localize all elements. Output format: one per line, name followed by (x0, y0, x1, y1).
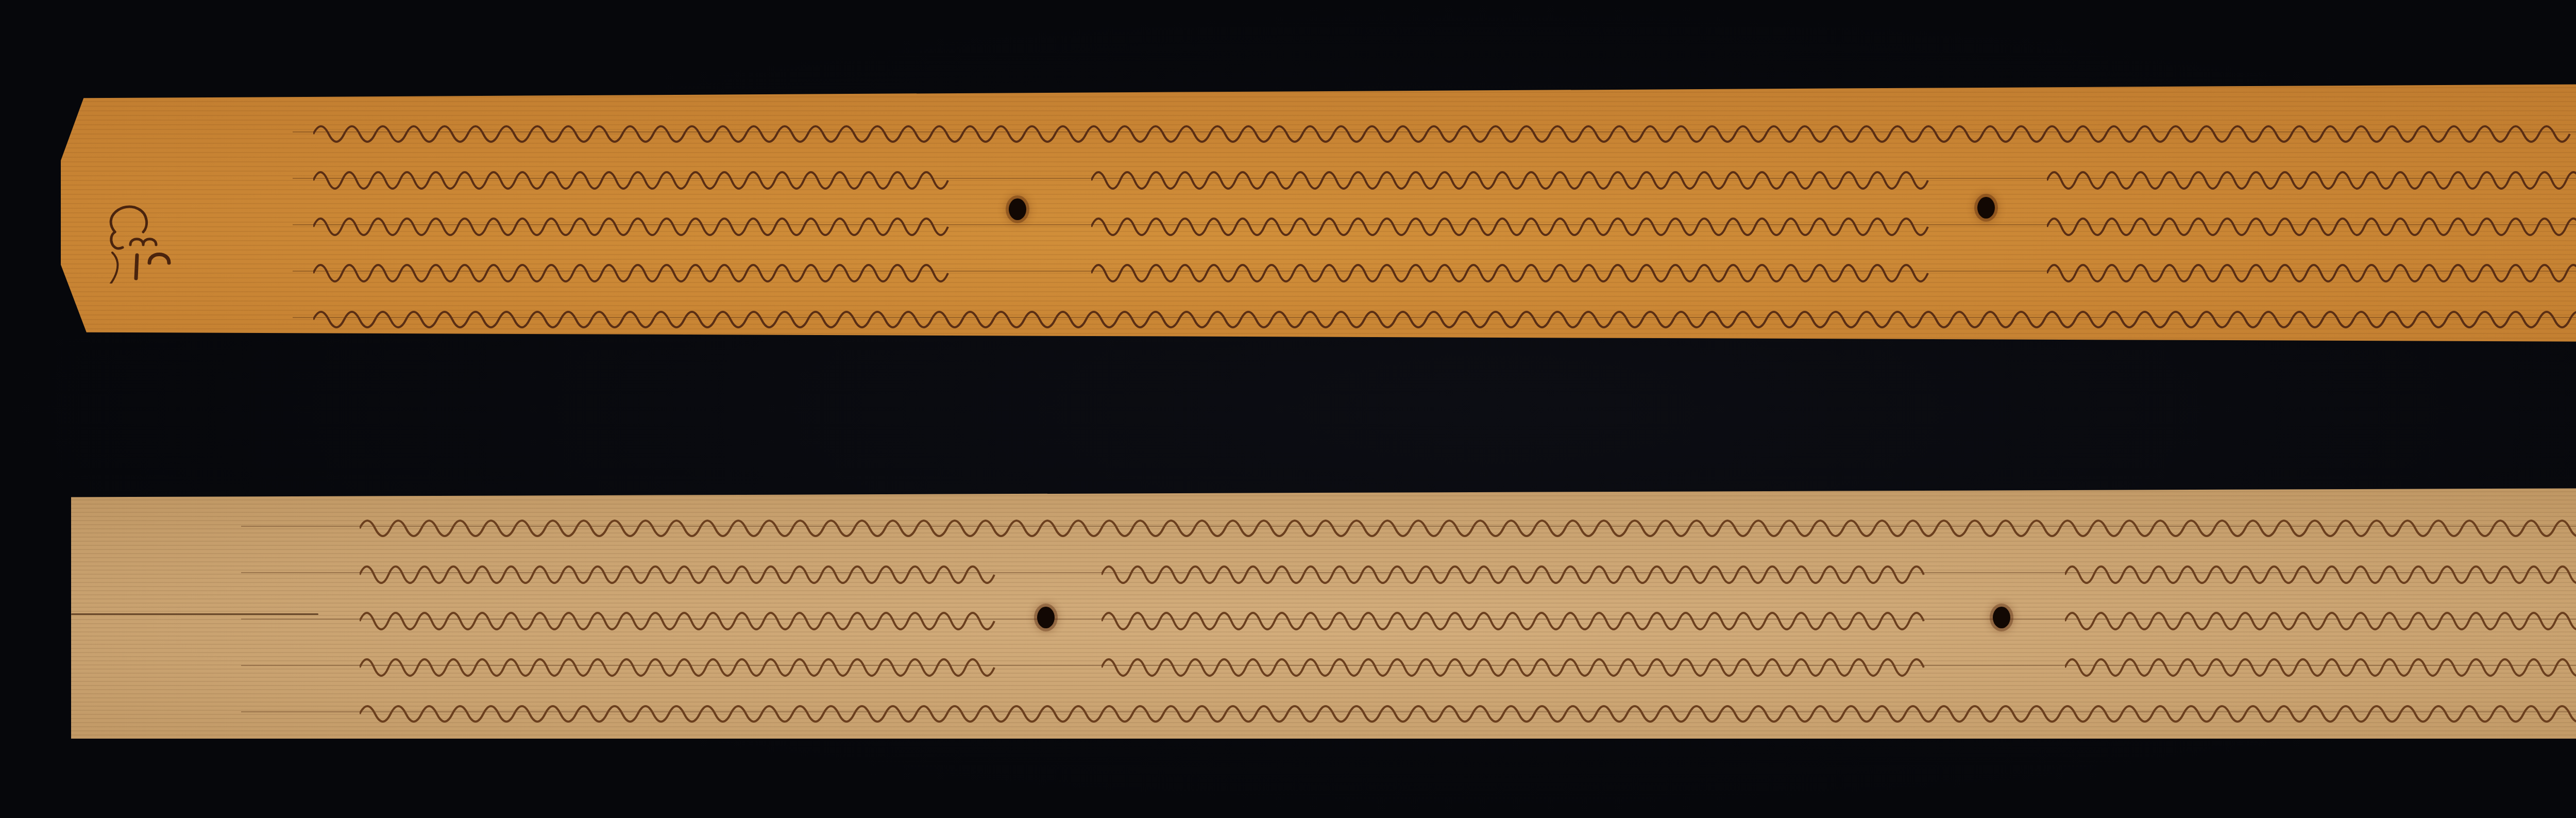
script-line (360, 637, 998, 688)
script-line (313, 103, 2576, 155)
script-line (313, 289, 2576, 340)
script-line (1101, 590, 1926, 642)
string-hole (1977, 197, 1995, 219)
string-hole (1993, 607, 2010, 628)
leaf-number-glyph (92, 196, 174, 283)
script-line (1101, 544, 1926, 595)
script-line (1091, 196, 1941, 247)
script-line (360, 590, 998, 642)
script-line (313, 242, 957, 294)
script-line (1091, 149, 1941, 201)
string-hole (1009, 198, 1026, 220)
script-line (1101, 637, 1926, 688)
leaf-crack (71, 613, 318, 615)
script-line (2065, 544, 2576, 595)
script-line (2047, 196, 2576, 247)
script-line (1091, 242, 1941, 294)
script-line (313, 196, 957, 247)
string-hole (1037, 607, 1055, 628)
script-line (2047, 149, 2576, 201)
script-line (360, 683, 2576, 734)
script-line (360, 544, 998, 595)
palm-leaf-top (61, 82, 2576, 343)
palm-leaf-bottom (71, 487, 2576, 739)
script-line (2047, 242, 2576, 294)
script-line (2065, 590, 2576, 642)
script-line (313, 149, 957, 201)
black-background: Photograph of two palm-leaf (lontar) man… (0, 0, 2576, 818)
script-line (360, 497, 2576, 549)
script-line (2065, 637, 2576, 688)
